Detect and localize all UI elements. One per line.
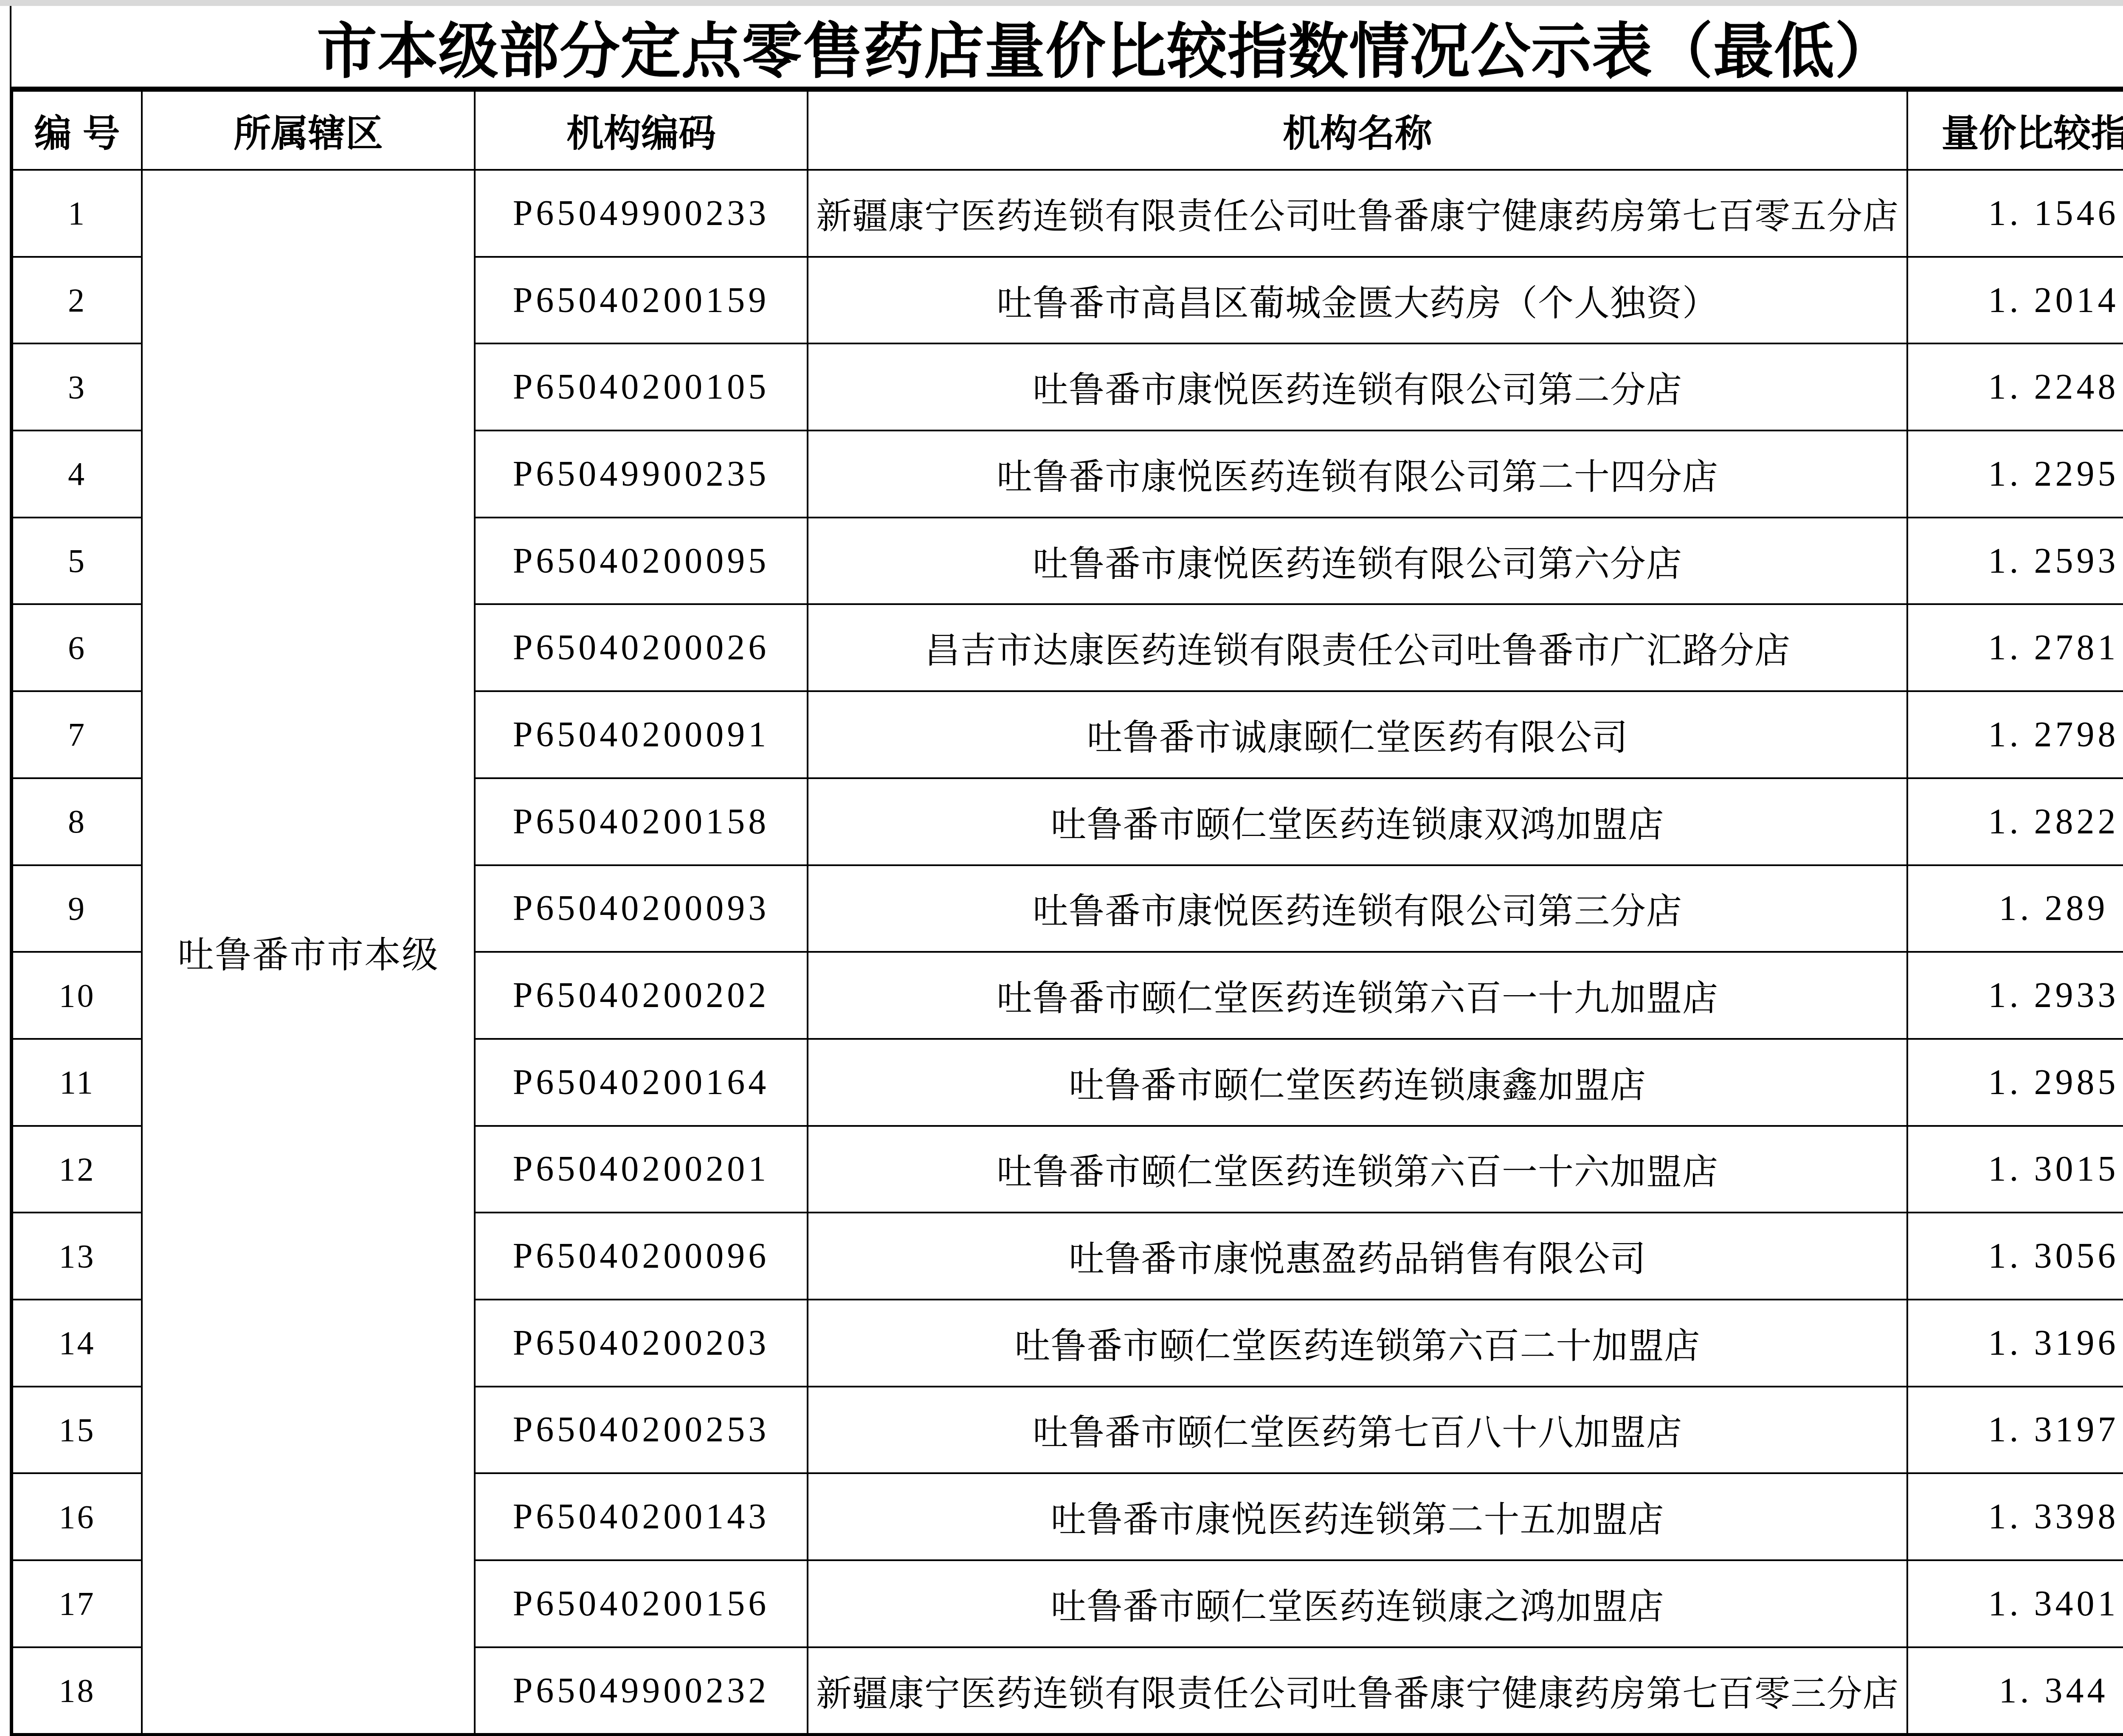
row-number-cell: 17	[12, 1560, 142, 1647]
row-number-cell: 6	[12, 604, 142, 691]
row-number-cell: 16	[12, 1473, 142, 1560]
col-header-index: 量价比较指数	[1907, 91, 2123, 170]
org-code-cell: P65040200093	[475, 865, 808, 952]
org-code-cell: P65040200253	[475, 1387, 808, 1474]
row-number-cell: 1	[12, 170, 142, 257]
index-cell: 1. 2822	[1907, 778, 2123, 865]
org-code-cell: P65040200095	[475, 518, 808, 605]
org-name-cell: 吐鲁番市康悦医药连锁第二十五加盟店	[808, 1473, 1907, 1560]
index-cell: 1. 2248	[1907, 343, 2123, 430]
org-name-cell: 吐鲁番市颐仁堂医药连锁第六百一十六加盟店	[808, 1126, 1907, 1213]
row-number-cell: 10	[12, 952, 142, 1039]
org-code-cell: P65040200164	[475, 1039, 808, 1126]
org-name-cell: 吐鲁番市颐仁堂医药第七百八十八加盟店	[808, 1387, 1907, 1474]
index-cell: 1. 3056	[1907, 1213, 2123, 1300]
org-name-cell: 吐鲁番市诚康颐仁堂医药有限公司	[808, 691, 1907, 778]
org-code-cell: P65040200159	[475, 257, 808, 344]
table-row: 1吐鲁番市市本级P65049900233新疆康宁医药连锁有限责任公司吐鲁番康宁健…	[12, 170, 2123, 257]
org-code-cell: P65040200203	[475, 1300, 808, 1387]
org-name-cell: 新疆康宁医药连锁有限责任公司吐鲁番康宁健康药房第七百零五分店	[808, 170, 1907, 257]
row-number-cell: 14	[12, 1300, 142, 1387]
row-number-cell: 5	[12, 518, 142, 605]
org-code-cell: P65040200143	[475, 1473, 808, 1560]
org-name-cell: 吐鲁番市颐仁堂医药连锁康鑫加盟店	[808, 1039, 1907, 1126]
index-cell: 1. 2593	[1907, 518, 2123, 605]
org-name-cell: 吐鲁番市颐仁堂医药连锁康双鸿加盟店	[808, 778, 1907, 865]
row-number-cell: 2	[12, 257, 142, 344]
price-index-table: 编号 所属辖区 机构编码 机构名称 量价比较指数 1吐鲁番市市本级P650499…	[11, 90, 2123, 1735]
table-body: 1吐鲁番市市本级P65049900233新疆康宁医药连锁有限责任公司吐鲁番康宁健…	[12, 170, 2123, 1734]
org-name-cell: 昌吉市达康医药连锁有限责任公司吐鲁番市广汇路分店	[808, 604, 1907, 691]
row-number-cell: 11	[12, 1039, 142, 1126]
header-row: 编号 所属辖区 机构编码 机构名称 量价比较指数	[12, 91, 2123, 170]
org-name-cell: 吐鲁番市颐仁堂医药连锁第六百二十加盟店	[808, 1300, 1907, 1387]
org-name-cell: 吐鲁番市颐仁堂医药连锁康之鸿加盟店	[808, 1560, 1907, 1647]
org-code-cell: P65040200202	[475, 952, 808, 1039]
org-code-cell: P65049900235	[475, 430, 808, 518]
index-cell: 1. 1546	[1907, 170, 2123, 257]
index-cell: 1. 2014	[1907, 257, 2123, 344]
org-name-cell: 新疆康宁医药连锁有限责任公司吐鲁番康宁健康药房第七百零三分店	[808, 1647, 1907, 1734]
col-header-org-code: 机构编码	[475, 91, 808, 170]
index-cell: 1. 2798	[1907, 691, 2123, 778]
row-number-cell: 15	[12, 1387, 142, 1474]
row-number-cell: 7	[12, 691, 142, 778]
org-name-cell: 吐鲁番市高昌区葡城金匮大药房（个人独资）	[808, 257, 1907, 344]
index-cell: 1. 289	[1907, 865, 2123, 952]
org-name-cell: 吐鲁番市康悦惠盈药品销售有限公司	[808, 1213, 1907, 1300]
index-cell: 1. 3015	[1907, 1126, 2123, 1213]
index-cell: 1. 3196	[1907, 1300, 2123, 1387]
row-number-cell: 12	[12, 1126, 142, 1213]
col-header-district: 所属辖区	[142, 91, 475, 170]
row-number-cell: 4	[12, 430, 142, 518]
page: 市本级部分定点零售药店量价比较指数情况公示表（最低） 编号 所属辖区 机构编码 …	[0, 0, 2123, 1736]
org-code-cell: P65040200105	[475, 343, 808, 430]
org-name-cell: 吐鲁番市康悦医药连锁有限公司第二十四分店	[808, 430, 1907, 518]
row-number-cell: 3	[12, 343, 142, 430]
row-number-cell: 13	[12, 1213, 142, 1300]
row-number-cell: 8	[12, 778, 142, 865]
index-cell: 1. 3401	[1907, 1560, 2123, 1647]
row-number-cell: 18	[12, 1647, 142, 1734]
org-code-cell: P65040200158	[475, 778, 808, 865]
disclosure-sheet: 市本级部分定点零售药店量价比较指数情况公示表（最低） 编号 所属辖区 机构编码 …	[10, 6, 2123, 1736]
index-cell: 1. 3197	[1907, 1387, 2123, 1474]
org-code-cell: P65040200156	[475, 1560, 808, 1647]
index-cell: 1. 2933	[1907, 952, 2123, 1039]
org-code-cell: P65049900233	[475, 170, 808, 257]
district-cell: 吐鲁番市市本级	[142, 170, 475, 1734]
org-code-cell: P65040200096	[475, 1213, 808, 1300]
col-header-org-name: 机构名称	[808, 91, 1907, 170]
org-name-cell: 吐鲁番市颐仁堂医药连锁第六百一十九加盟店	[808, 952, 1907, 1039]
org-name-cell: 吐鲁番市康悦医药连锁有限公司第三分店	[808, 865, 1907, 952]
org-code-cell: P65040200026	[475, 604, 808, 691]
index-cell: 1. 3398	[1907, 1473, 2123, 1560]
index-cell: 1. 2295	[1907, 430, 2123, 518]
org-name-cell: 吐鲁番市康悦医药连锁有限公司第六分店	[808, 518, 1907, 605]
index-cell: 1. 2985	[1907, 1039, 2123, 1126]
org-code-cell: P65040200201	[475, 1126, 808, 1213]
col-header-no: 编号	[12, 91, 142, 170]
index-cell: 1. 344	[1907, 1647, 2123, 1734]
org-code-cell: P65049900232	[475, 1647, 808, 1734]
row-number-cell: 9	[12, 865, 142, 952]
page-title: 市本级部分定点零售药店量价比较指数情况公示表（最低）	[11, 6, 2123, 90]
index-cell: 1. 2781	[1907, 604, 2123, 691]
org-code-cell: P65040200091	[475, 691, 808, 778]
org-name-cell: 吐鲁番市康悦医药连锁有限公司第二分店	[808, 343, 1907, 430]
